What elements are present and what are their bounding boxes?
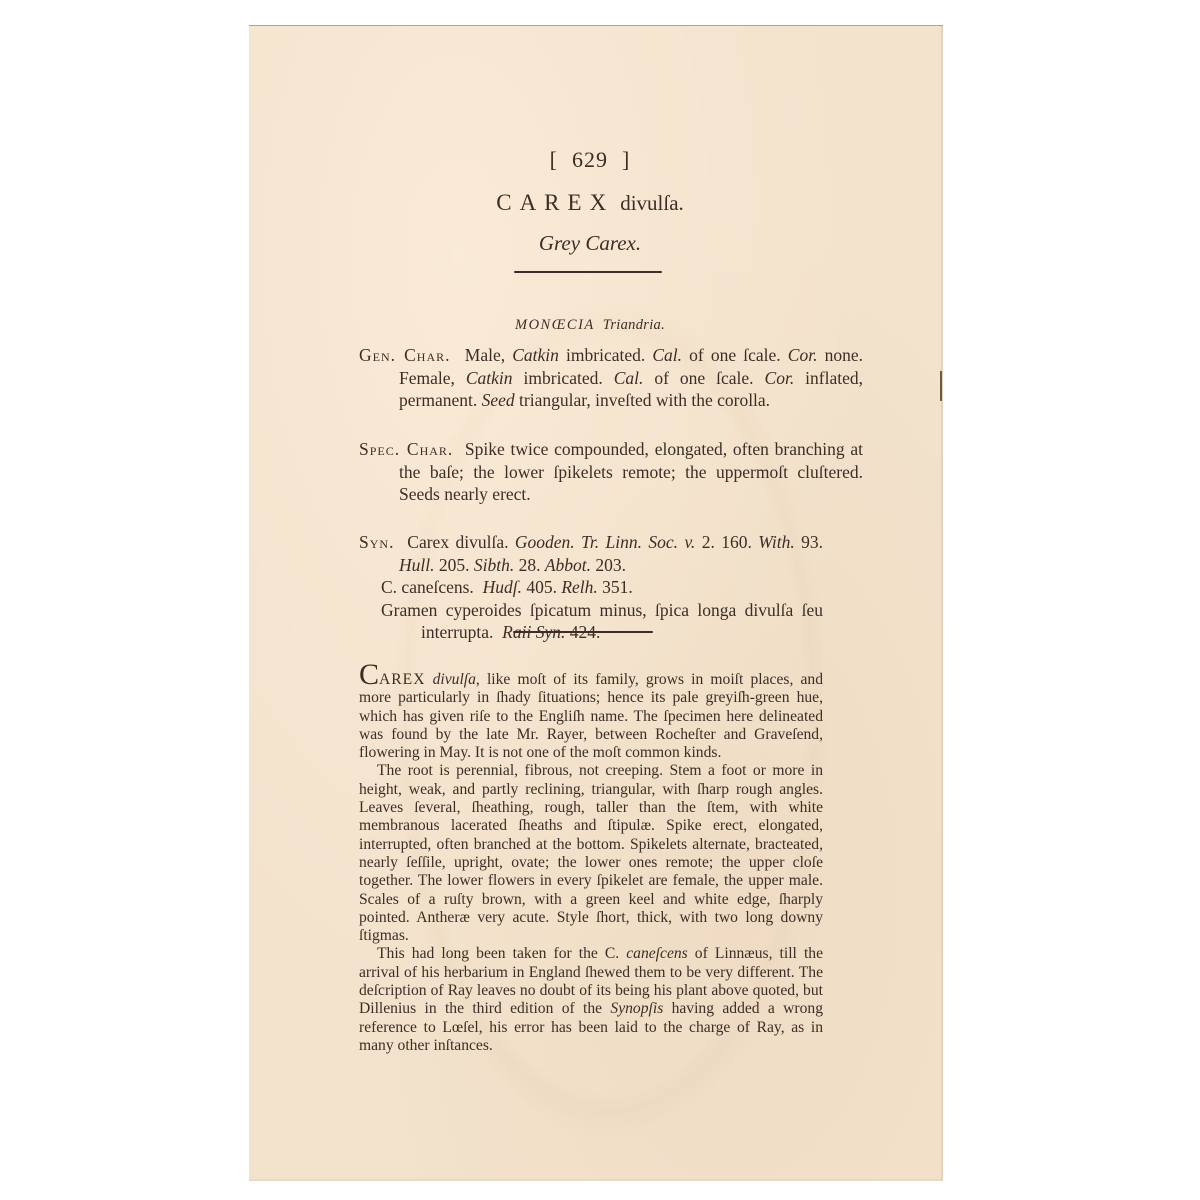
spec-char-text: Spike twice compounded, elongated, often… — [399, 439, 863, 504]
species-description: CAREX divulſa, like moſt of its family, … — [359, 666, 823, 1055]
page-number-value: 629 — [572, 147, 608, 172]
spec-char-label: Spec. Char. — [359, 439, 453, 459]
synonym-entry: C. caneſcens. Hudſ. 405. Relh. 351. — [359, 576, 823, 599]
linnaean-classification: MONŒCIATriandria. — [359, 317, 821, 334]
divider-rule — [513, 631, 653, 633]
specific-character: Spec. Char. Spike twice compounded, elon… — [359, 438, 863, 506]
description-paragraph: The root is perennial, fibrous, not cree… — [359, 762, 823, 945]
species-title: CAREXdivulſa. — [359, 190, 821, 216]
synonym-entry: Gramen cyperoides ſpicatum minus, ſpica … — [359, 599, 823, 644]
book-page: [629] CAREXdivulſa. Grey Carex. MONŒCIAT… — [249, 25, 943, 1181]
divider-rule — [514, 271, 662, 273]
syn-label: Syn. — [359, 532, 394, 552]
description-paragraph: CAREX divulſa, like moſt of its family, … — [359, 666, 823, 762]
drop-cap: C — [359, 658, 379, 691]
common-name: Grey Carex. — [359, 231, 821, 256]
generic-character: Gen. Char. Male, Catkin imbricated. Cal.… — [359, 344, 863, 412]
genus-name: CAREX — [496, 190, 614, 215]
page-edge-tear — [940, 371, 942, 401]
gen-char-label: Gen. Char. — [359, 345, 451, 365]
synonyms: Syn. Carex divulſa. Gooden. Tr. Linn. So… — [359, 531, 823, 644]
synonym-entry: Syn. Carex divulſa. Gooden. Tr. Linn. So… — [359, 531, 823, 576]
page-number: [629] — [359, 147, 821, 173]
description-paragraph: This had long been taken for the C. cane… — [359, 945, 823, 1055]
species-epithet: divulſa. — [620, 191, 684, 215]
